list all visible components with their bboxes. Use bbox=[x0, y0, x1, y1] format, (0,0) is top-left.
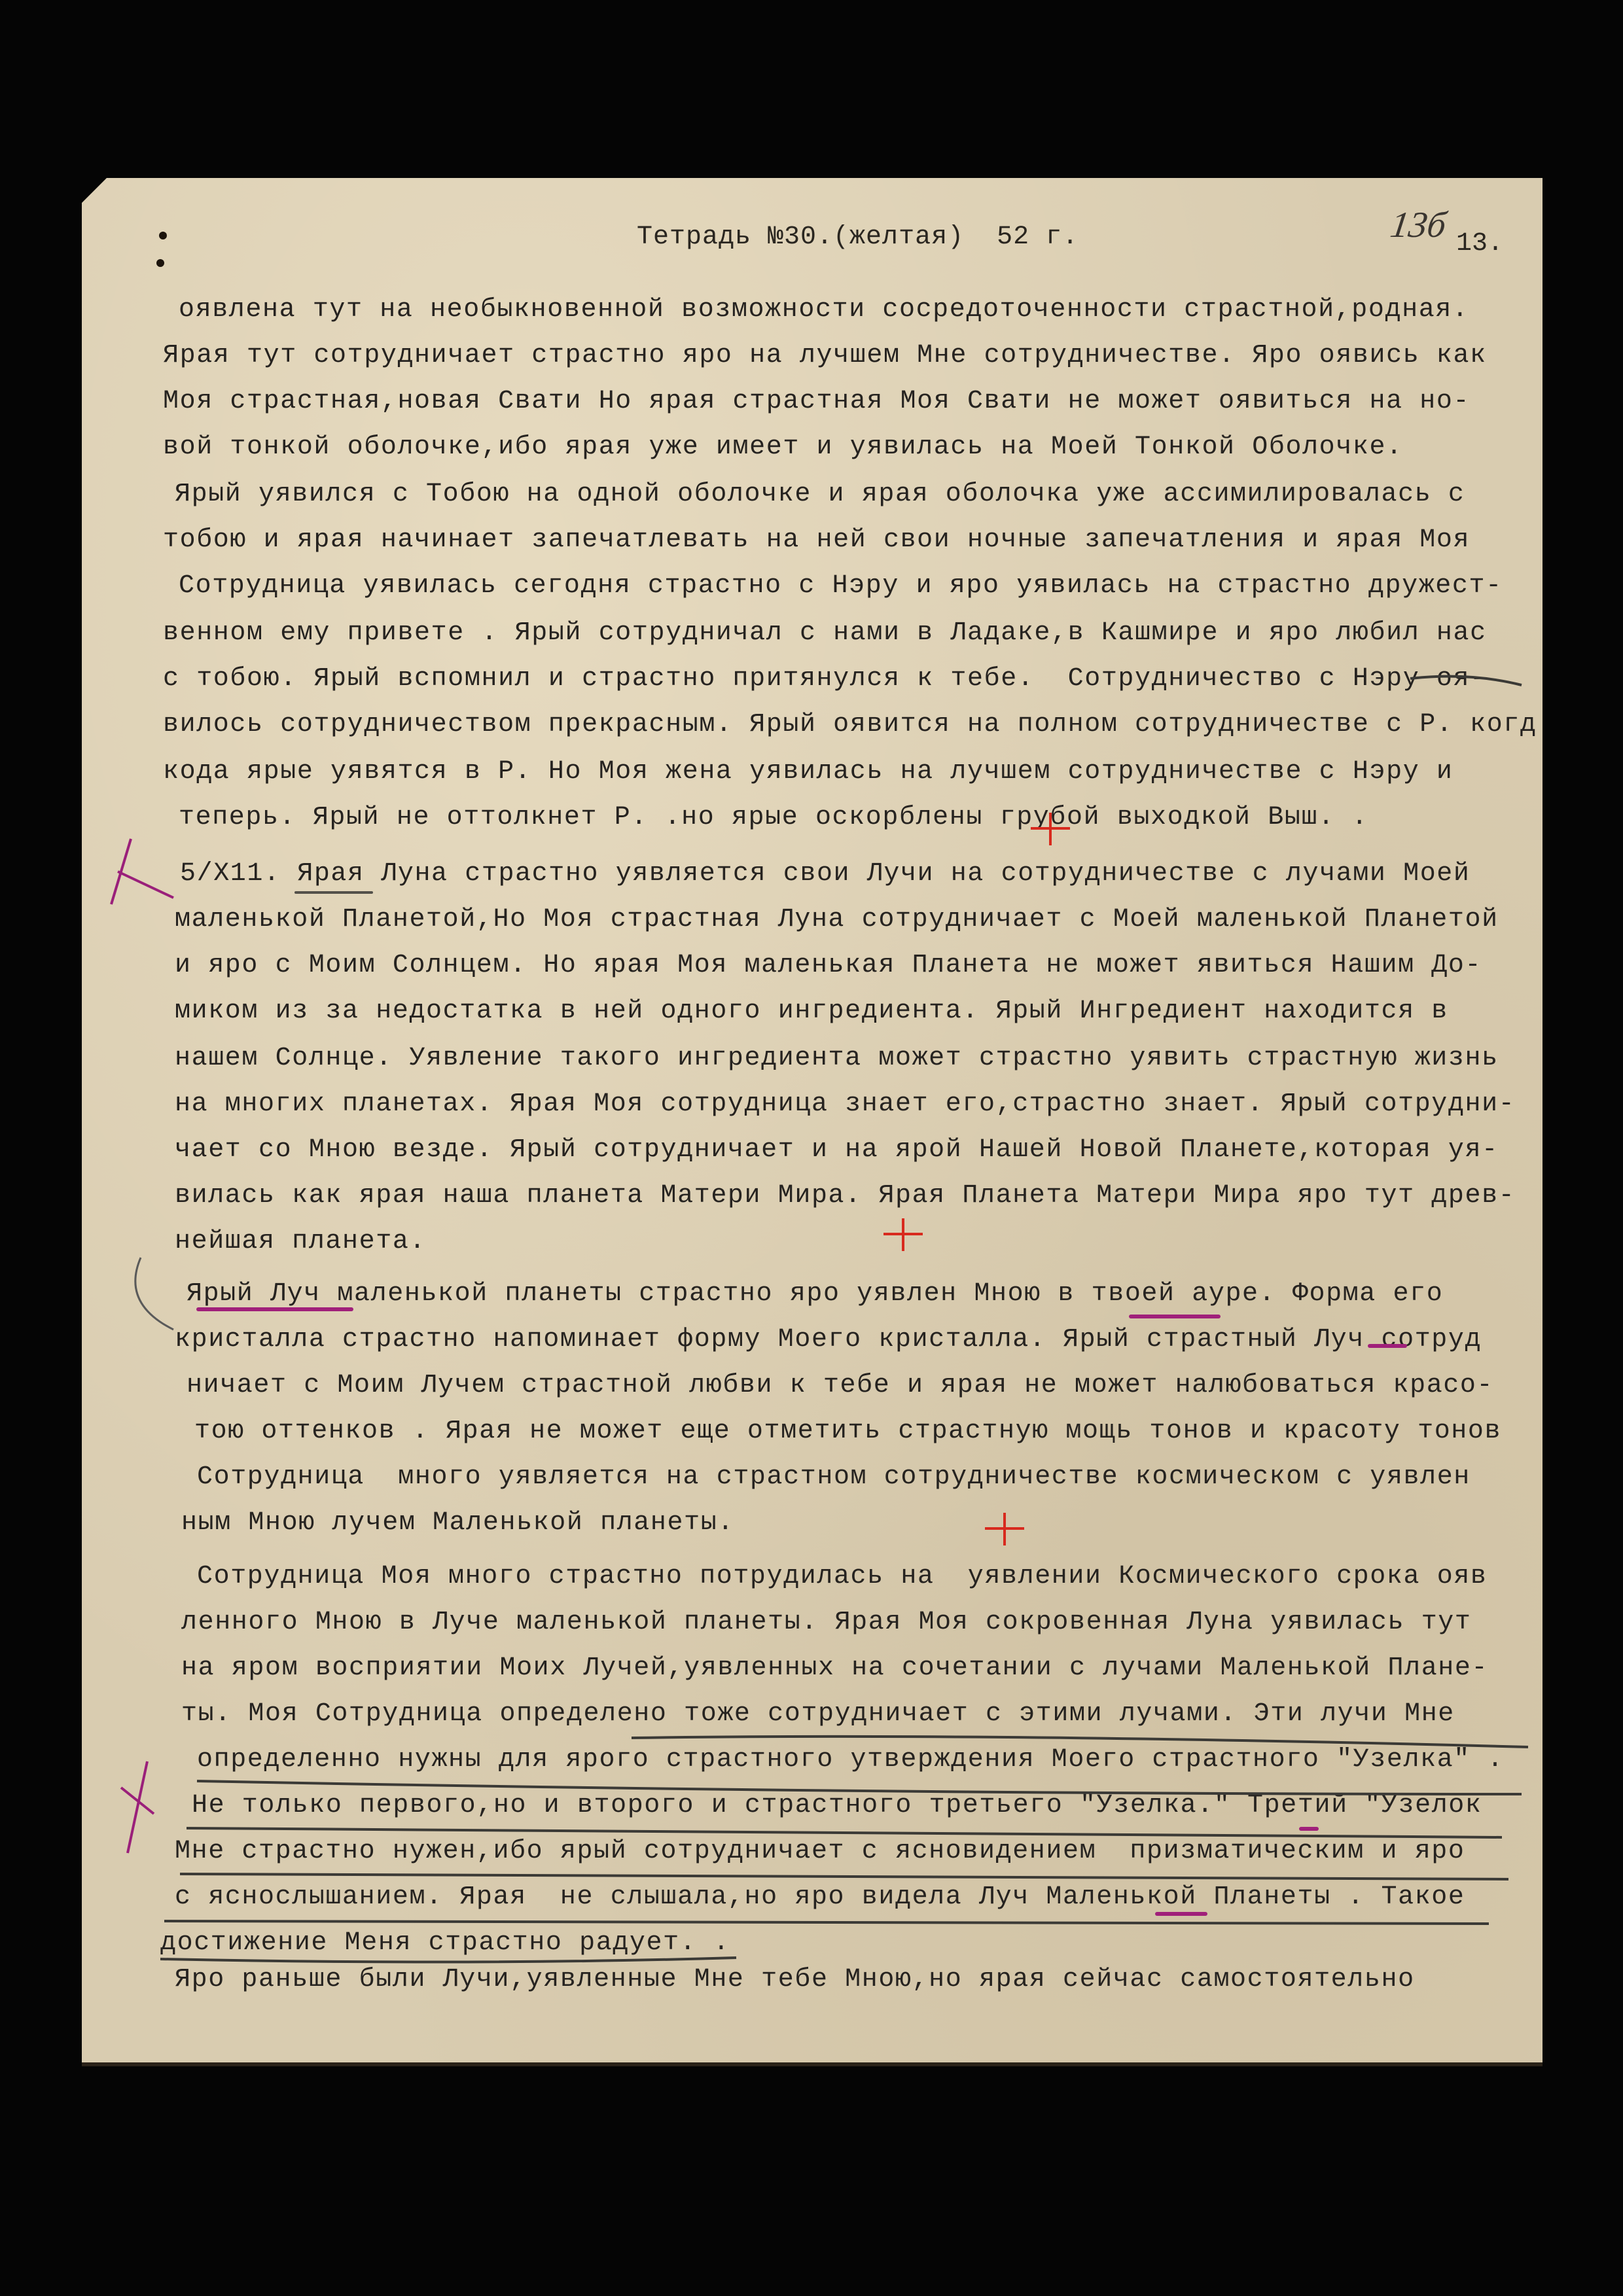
text-line: Ярый Луч маленькой планеты страстно яро … bbox=[187, 1279, 1443, 1310]
text-line: вилась как ярая наша планета Матери Мира… bbox=[175, 1180, 1515, 1212]
text-line: ленного Мною в Луче маленькой планеты. Я… bbox=[181, 1607, 1472, 1638]
text-line: с яснослышанием. Ярая не слышала,но яро … bbox=[175, 1882, 1465, 1913]
page-number: 13. bbox=[1456, 229, 1503, 258]
text-line: Мне страстно нужен,ибо ярый сотрудничает… bbox=[175, 1836, 1465, 1867]
text-line: Ярая тут сотрудничает страстно яро на лу… bbox=[163, 340, 1487, 372]
text-line: ничает с Моим Лучем страстной любви к те… bbox=[187, 1370, 1493, 1402]
underline-mark bbox=[196, 1307, 353, 1311]
text-line: миком из за недостатка в ней одного ингр… bbox=[175, 996, 1448, 1027]
text-line: на яром восприятии Моих Лучей,уявленных … bbox=[181, 1653, 1488, 1684]
punch-hole bbox=[159, 232, 167, 239]
text-line: Моя страстная,новая Свати Но ярая страст… bbox=[163, 386, 1470, 417]
text-line: Сотрудница уявилась сегодня страстно с Н… bbox=[179, 571, 1503, 602]
underline-mark bbox=[1155, 1912, 1207, 1916]
text-line: и яро с Моим Солнцем. Но ярая Моя малень… bbox=[175, 950, 1482, 981]
text-line: оявлена тут на необыкновенной возможност… bbox=[179, 294, 1469, 326]
text-line: теперь. Ярый не оттолкнет Р. .но ярые ос… bbox=[179, 802, 1368, 834]
red-cross-mark bbox=[1031, 813, 1070, 845]
text-line: кода ярые уявятся в Р. Но Моя жена уявил… bbox=[163, 756, 1454, 788]
underline-mark bbox=[1299, 1827, 1319, 1831]
archive-number-handwritten: 13б bbox=[1388, 204, 1449, 246]
text-line: нейшая планета. bbox=[175, 1226, 426, 1258]
text-line: Сотрудница много уявляется на страстном … bbox=[197, 1462, 1471, 1493]
underline-mark bbox=[294, 891, 373, 894]
text-line: чает со Мною везде. Ярый сотрудничает и … bbox=[175, 1135, 1499, 1166]
text-line: с тобою. Ярый вспомнил и страстно притян… bbox=[163, 663, 1487, 695]
text-line: ты. Моя Сотрудница определено тоже сотру… bbox=[181, 1699, 1455, 1730]
text-line: венном ему привете . Ярый сотрудничал с … bbox=[163, 618, 1487, 649]
red-cross-mark bbox=[985, 1513, 1024, 1545]
text-line: Сотрудница Моя много страстно потрудилас… bbox=[197, 1561, 1488, 1593]
text-line: нашем Солнце. Уявление такого ингредиент… bbox=[175, 1043, 1499, 1074]
text-line: тою оттенков . Ярая не может еще отметит… bbox=[194, 1416, 1501, 1447]
text-line: тобою и ярая начинает запечатлевать на н… bbox=[163, 525, 1470, 556]
underline-mark bbox=[1129, 1315, 1221, 1318]
text-line: Не только первого,но и второго и страстн… bbox=[192, 1790, 1482, 1822]
page-header: Тетрадь №30.(желтая) 52 г. bbox=[637, 222, 1079, 252]
text-line: Яро раньше были Лучи,уявленные Мне тебе … bbox=[175, 1964, 1415, 1996]
text-line: достижение Меня страстно радует. . bbox=[160, 1928, 730, 1959]
text-line-dated: 5/Х11. Ярая Луна страстно уявляется свои… bbox=[180, 858, 1471, 890]
text-line: вилось сотрудничеством прекрасным. Ярый … bbox=[163, 709, 1537, 741]
punch-hole bbox=[156, 259, 164, 267]
typewritten-page: Тетрадь №30.(желтая) 52 г. 13б 13. оявле… bbox=[82, 178, 1543, 2062]
text-line: Ярый уявился с Тобою на одной оболочке и… bbox=[175, 479, 1465, 510]
text-line: на многих планетах. Ярая Моя сотрудница … bbox=[175, 1089, 1515, 1120]
text-line: ным Мною лучем Маленькой планеты. bbox=[181, 1508, 734, 1539]
red-cross-mark bbox=[883, 1218, 923, 1251]
text-line: вой тонкой оболочке,ибо ярая уже имеет и… bbox=[163, 432, 1403, 463]
margin-dash-mark bbox=[1368, 1344, 1407, 1348]
text-line: кристалла страстно напоминает форму Моег… bbox=[175, 1324, 1482, 1356]
text-line: определенно нужны для ярого страстного у… bbox=[197, 1744, 1504, 1776]
text-line: маленькой Планетой,Но Моя страстная Луна… bbox=[175, 904, 1499, 936]
